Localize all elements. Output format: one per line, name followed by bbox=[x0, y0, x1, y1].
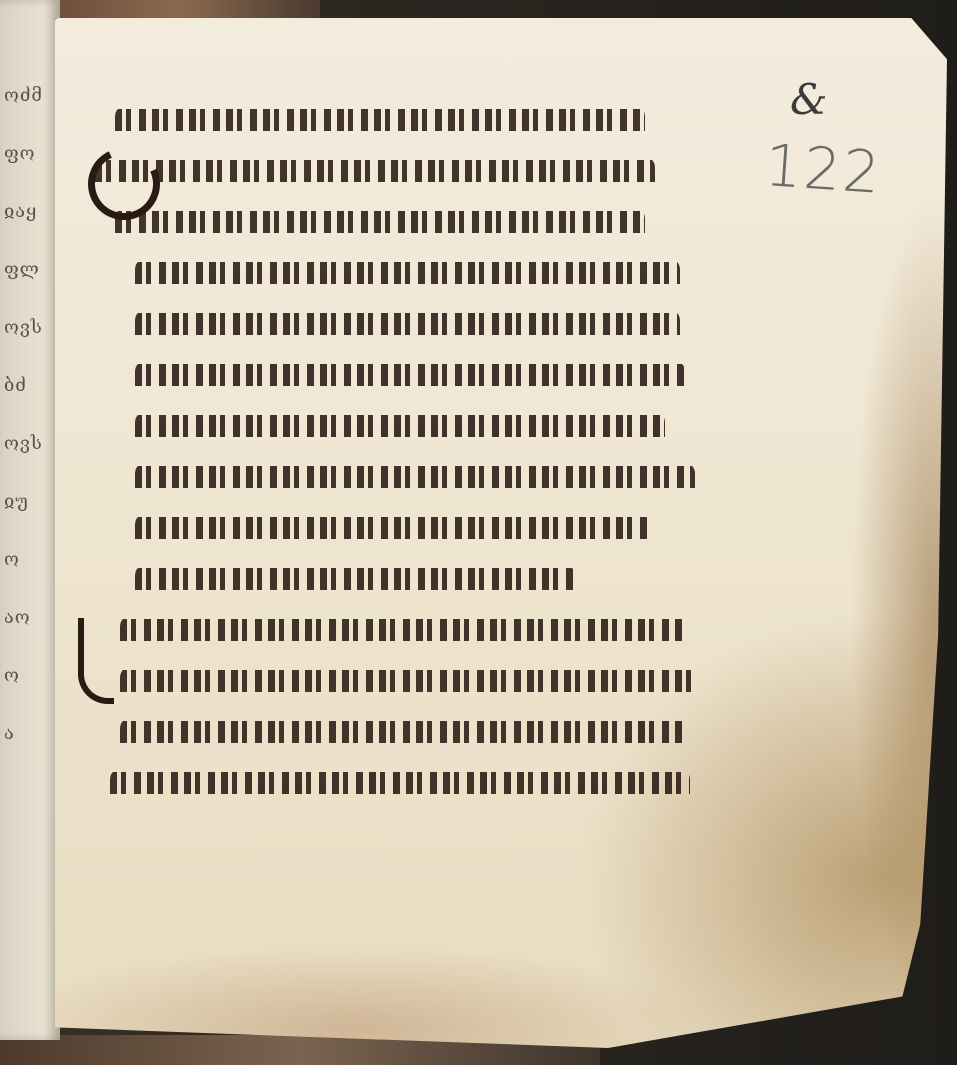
facing-page-line: ფლ bbox=[4, 259, 56, 280]
manuscript-line: [Nuskhuri script line 11 — begins with m… bbox=[95, 610, 725, 661]
facing-page-line: ო bbox=[4, 665, 56, 686]
facing-page-line: ოვს bbox=[4, 317, 56, 338]
script-ink-strokes bbox=[135, 361, 685, 397]
facing-page-line: აო bbox=[4, 607, 56, 628]
manuscript-line: [Nuskhuri script line 2 — begins with la… bbox=[95, 151, 725, 202]
manuscript-line: [Nuskhuri script line 10 — ends with col… bbox=[95, 559, 725, 610]
line-text: [Nuskhuri script line 13] bbox=[95, 712, 96, 713]
line-text: [Nuskhuri script line 9] bbox=[95, 508, 96, 509]
script-ink-strokes bbox=[135, 565, 575, 601]
script-ink-strokes bbox=[110, 769, 690, 805]
facing-page-line: ო bbox=[4, 549, 56, 570]
line-text: [Nuskhuri script line 8] bbox=[95, 457, 96, 458]
line-text: [Nuskhuri script line 5] bbox=[95, 304, 96, 305]
manuscript-line: [Nuskhuri script line 13] bbox=[95, 712, 725, 763]
facing-page-edge: ოძმფოჲაყფლოვსბძოვსჲუოაოოა bbox=[0, 0, 60, 1040]
line-text: [Nuskhuri script line 12] bbox=[95, 661, 96, 662]
facing-page-line: ბძ bbox=[4, 375, 56, 396]
manuscript-line: [Nuskhuri script line 5] bbox=[95, 304, 725, 355]
line-text: [Nuskhuri script line 6] bbox=[95, 355, 96, 356]
script-ink-strokes bbox=[135, 310, 680, 346]
manuscript-line: [Nuskhuri script line 3] bbox=[95, 202, 725, 253]
script-ink-strokes bbox=[120, 616, 685, 652]
facing-page-line: ოძმ bbox=[4, 85, 56, 106]
line-text: [Nuskhuri script line 1] bbox=[95, 100, 96, 101]
folio-number: 122 bbox=[763, 131, 884, 207]
manuscript-line: [Nuskhuri script line 14 — ends with col… bbox=[95, 763, 725, 814]
script-ink-strokes bbox=[135, 514, 650, 550]
manuscript-line: [Nuskhuri script line 4] bbox=[95, 253, 725, 304]
facing-page-line: ოვს bbox=[4, 433, 56, 454]
line-text: [Nuskhuri script line 2 — begins with la… bbox=[95, 151, 96, 152]
facing-page-line: ჲუ bbox=[4, 491, 56, 512]
shelfmark-annotation: & bbox=[790, 75, 827, 124]
script-ink-strokes bbox=[115, 208, 645, 244]
line-text: [Nuskhuri script line 14 — ends with col… bbox=[95, 763, 96, 764]
line-text: [Nuskhuri script line 10 — ends with col… bbox=[95, 559, 96, 560]
manuscript-line: [Nuskhuri script line 8] bbox=[95, 457, 725, 508]
facing-page-line: ა bbox=[4, 723, 56, 744]
manuscript-text-block: [Nuskhuri script line 1][Nuskhuri script… bbox=[95, 100, 725, 814]
manuscript-line: [Nuskhuri script line 1] bbox=[95, 100, 725, 151]
manuscript-line: [Nuskhuri script line 7] bbox=[95, 406, 725, 457]
script-ink-strokes bbox=[135, 463, 695, 499]
script-ink-strokes bbox=[135, 412, 665, 448]
line-text: [Nuskhuri script line 11 — begins with m… bbox=[95, 610, 96, 611]
manuscript-line: [Nuskhuri script line 9] bbox=[95, 508, 725, 559]
facing-page-line: ჲაყ bbox=[4, 201, 56, 222]
script-ink-strokes bbox=[120, 667, 695, 703]
script-ink-strokes bbox=[115, 106, 645, 142]
manuscript-line: [Nuskhuri script line 12] bbox=[95, 661, 725, 712]
script-ink-strokes bbox=[95, 157, 655, 193]
line-text: [Nuskhuri script line 3] bbox=[95, 202, 96, 203]
manuscript-line: [Nuskhuri script line 6] bbox=[95, 355, 725, 406]
line-text: [Nuskhuri script line 4] bbox=[95, 253, 96, 254]
script-ink-strokes bbox=[120, 718, 685, 754]
facing-page-line: ფო bbox=[4, 143, 56, 164]
script-ink-strokes bbox=[135, 259, 680, 295]
line-text: [Nuskhuri script line 7] bbox=[95, 406, 96, 407]
